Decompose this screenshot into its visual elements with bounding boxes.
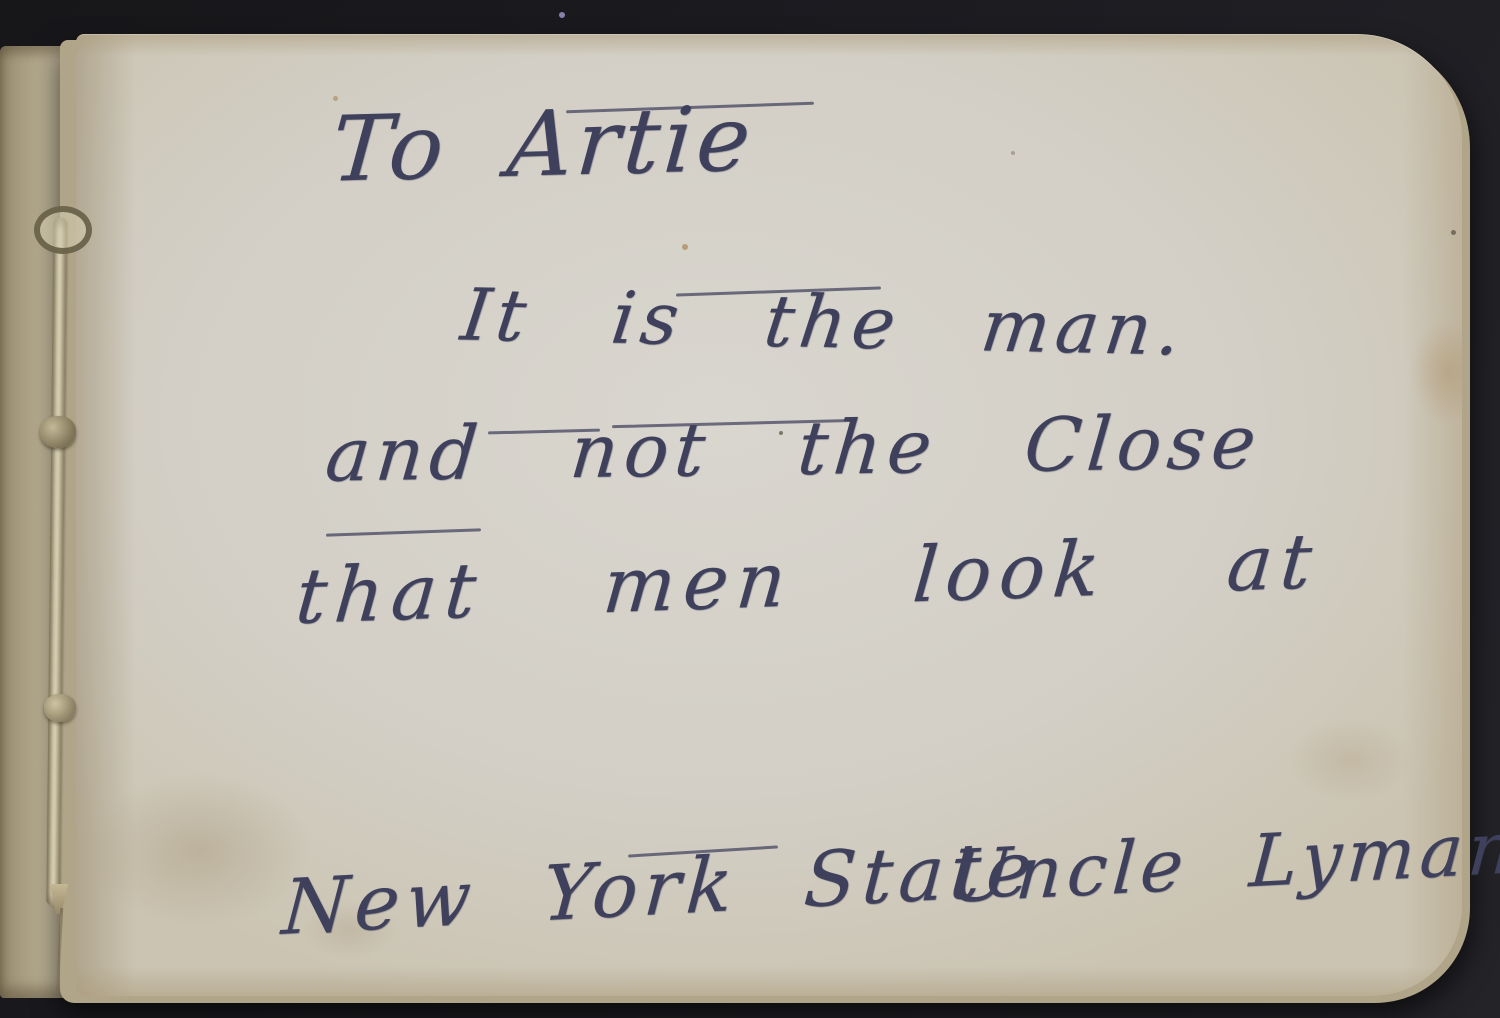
photo-frame: To Artie It is the man. and not the Clos… [0,0,1500,1018]
binding-thread-knot [40,416,76,448]
handwriting-verse-line-1: It is the man. [457,273,1192,372]
dust-speck [559,12,565,18]
paper-speck [1011,151,1015,155]
handwriting-salutation: To Artie [328,86,758,202]
binding-thread-loop [34,206,92,254]
handwriting-verse-line-2: and not the Close [322,399,1265,498]
paper-speck [1451,230,1456,235]
paper-speck [682,244,688,250]
binding-thread-knot [44,694,76,722]
